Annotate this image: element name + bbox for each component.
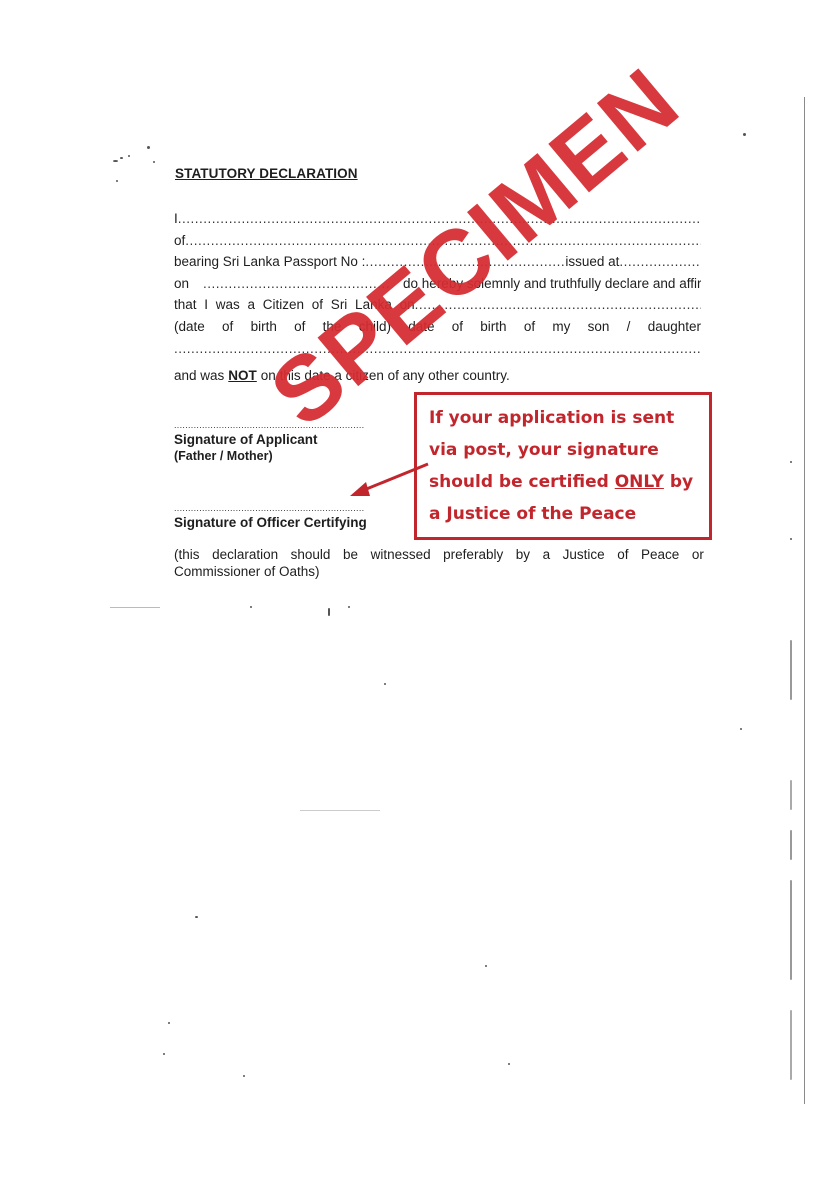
word: Peace [641, 547, 679, 564]
word: witnessed [371, 547, 431, 564]
witness-note: (thisdeclarationshouldbewitnessedprefera… [174, 547, 704, 580]
word: / [627, 316, 631, 338]
word: date [408, 316, 434, 338]
declaration-body: I of bearing Sri Lanka Passport No : iss… [174, 208, 701, 387]
scan-speck [790, 538, 792, 540]
officer-signature-block: Signature of Officer Certifying [174, 503, 367, 531]
officer-signature-field[interactable] [174, 503, 364, 513]
word: of [452, 316, 463, 338]
address-line: of [174, 230, 701, 252]
word: child) [359, 316, 391, 338]
word: of [294, 316, 305, 338]
date-line: on do hereby solemnly and truthfully dec… [174, 273, 701, 295]
issued-at-label: issued at [565, 251, 619, 273]
applicant-signature-sublabel: (Father / Mother) [174, 448, 364, 464]
citizen-text: that I was a Citizen of Sri Lanka on [174, 294, 415, 316]
scan-speck [195, 916, 198, 918]
not-emphasis: NOT [228, 365, 257, 387]
word: of [524, 316, 535, 338]
scan-speck [110, 607, 160, 608]
callout-arrow-icon [0, 0, 838, 1200]
callout-emphasis: ONLY [615, 472, 664, 492]
word: a [543, 547, 551, 564]
scan-speck [384, 683, 386, 685]
word: my [552, 316, 570, 338]
certification-callout: If your application is sent via post, yo… [414, 392, 712, 540]
birth-date-text-line: (dateofbirthofthechild)dateofbirthofmyso… [174, 316, 701, 338]
officer-signature-label: Signature of Officer Certifying [174, 515, 367, 531]
birth-date-field-line [174, 338, 701, 360]
scan-speck [250, 606, 252, 608]
word: of [617, 547, 628, 564]
document-page: STATUTORY DECLARATION I of bearing Sri L… [0, 0, 838, 1200]
scan-speck [790, 1010, 792, 1080]
word: (date [174, 316, 205, 338]
passport-line: bearing Sri Lanka Passport No : issued a… [174, 251, 701, 273]
applicant-signature-block: Signature of Applicant (Father / Mother) [174, 420, 364, 464]
declare-affirm-text: do hereby solemnly and truthfully declar… [403, 273, 701, 295]
scan-speck [790, 640, 792, 700]
scan-speck [790, 461, 792, 463]
witness-note-line-2: Commissioner of Oaths) [174, 564, 704, 581]
word: be [343, 547, 358, 564]
word: birth [251, 316, 277, 338]
scan-speck [163, 1053, 165, 1055]
declarant-name-field[interactable] [178, 208, 701, 230]
not-citizen-line: and was NOT on this date a citizen of an… [174, 365, 701, 387]
scan-speck [300, 810, 380, 811]
passport-label: bearing Sri Lanka Passport No : [174, 251, 365, 273]
document-title: STATUTORY DECLARATION [175, 166, 358, 181]
scan-speck [168, 1022, 170, 1024]
scan-speck [508, 1063, 510, 1065]
date-field[interactable] [203, 273, 391, 295]
word: of [222, 316, 233, 338]
witness-note-line-1: (thisdeclarationshouldbewitnessedprefera… [174, 547, 704, 564]
scan-speck [485, 965, 487, 967]
scan-speck [147, 146, 150, 149]
not-citizen-suffix: on this date a citizen of any other coun… [261, 365, 510, 387]
scan-speck [740, 728, 742, 730]
word: (this [174, 547, 200, 564]
word: son [588, 316, 610, 338]
declarant-name-line: I [174, 208, 701, 230]
citizen-date-field[interactable] [415, 294, 701, 316]
citizen-date-line: that I was a Citizen of Sri Lanka on [174, 294, 701, 316]
not-citizen-prefix: and was [174, 365, 224, 387]
scan-speck [128, 155, 130, 157]
word: should [291, 547, 331, 564]
word: or [692, 547, 704, 564]
scan-speck [790, 830, 792, 860]
scan-speck [328, 608, 330, 616]
scan-speck [790, 880, 792, 980]
word: birth [480, 316, 506, 338]
date-label: on [174, 273, 189, 295]
word: Justice [563, 547, 605, 564]
birth-date-field[interactable] [174, 338, 701, 360]
address-label: of [174, 230, 185, 252]
scan-speck [790, 780, 792, 810]
scan-speck [113, 160, 118, 162]
word: declaration [212, 547, 278, 564]
scan-speck [116, 180, 118, 182]
scan-speck [743, 133, 746, 136]
issued-at-field[interactable] [619, 251, 701, 273]
address-field[interactable] [185, 230, 701, 252]
scan-speck [120, 157, 123, 159]
scan-speck [348, 606, 350, 608]
applicant-signature-field[interactable] [174, 420, 364, 430]
word: the [323, 316, 342, 338]
scan-speck [243, 1075, 245, 1077]
word: preferably [443, 547, 503, 564]
scan-edge-line [804, 97, 805, 1104]
applicant-signature-label: Signature of Applicant [174, 432, 364, 448]
word: daughter [648, 316, 701, 338]
scan-speck [153, 161, 155, 163]
word: by [516, 547, 530, 564]
passport-number-field[interactable] [365, 251, 565, 273]
